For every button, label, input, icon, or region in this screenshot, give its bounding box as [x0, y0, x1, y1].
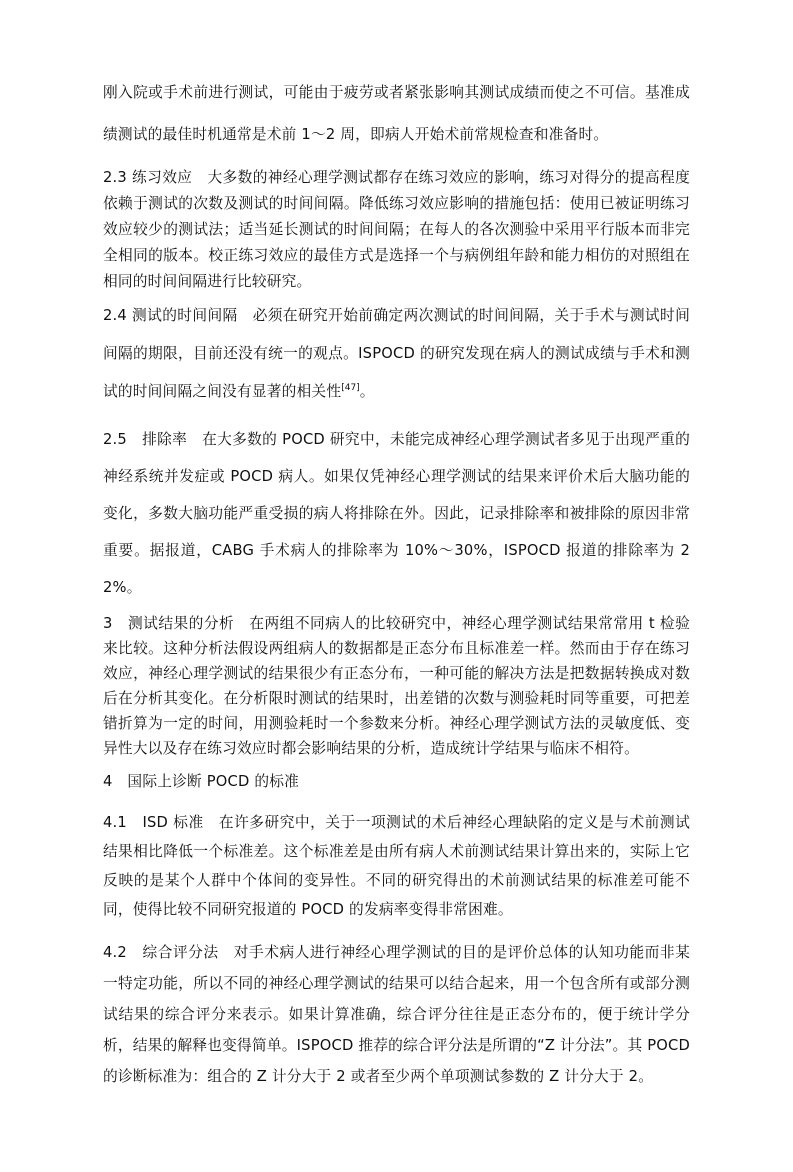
paragraph-section-3-result-analysis: 3 测试结果的分析 在两组不同病人的比较研究中，神经心理学测试结果常常用 t 检… — [103, 611, 690, 761]
citation-superscript-47: [47] — [341, 383, 359, 393]
paragraph-section-2-3-practice-effect: 2.3 练习效应 大多数的神经心理学测试都存在练习效应的影响，练习对得分的提高程… — [103, 165, 690, 295]
paragraph-section-2-5-exclusion-rate: 2.5 排除率 在大多数的 POCD 研究中，未能完成神经心理学测试者多见于出现… — [103, 421, 690, 606]
paragraph-section-4-2-composite-score: 4.2 综合评分法 对手术病人进行神经心理学测试的目的是评价总体的认知功能而非某… — [103, 937, 690, 1092]
heading-section-4-pocd-criteria: 4 国际上诊断 POCD 的标准 — [103, 769, 690, 794]
paragraph-section-4-1-isd-standard: 4.1 ISD 标准 在许多研究中，关于一项测试的术后神经心理缺陷的定义是与术前… — [103, 808, 690, 924]
paragraph-continuation: 刚入院或手术前进行测试，可能由于疲劳或者紧张影响其测试成绩而使之不可信。基准成绩… — [103, 72, 690, 156]
paragraph-section-2-4-period: 。 — [360, 383, 375, 400]
document-page: 刚入院或手术前进行测试，可能由于疲劳或者紧张影响其测试成绩而使之不可信。基准成绩… — [0, 0, 793, 1172]
paragraph-section-2-4-body: 2.4 测试的时间间隔 必须在研究开始前确定两次测试的时间间隔，关于手术与测试时… — [103, 307, 690, 400]
paragraph-section-2-4-test-interval: 2.4 测试的时间间隔 必须在研究开始前确定两次测试的时间间隔，关于手术与测试时… — [103, 297, 690, 411]
